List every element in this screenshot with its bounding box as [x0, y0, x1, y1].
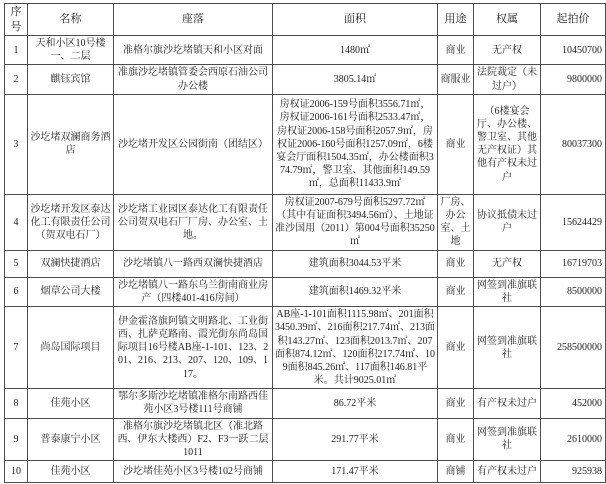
cell-no: 4	[5, 194, 28, 250]
cell-location: 沙圪堵镇八一路东乌兰街南商业房产（四楼401-416房间）	[114, 277, 273, 306]
cell-ownership: 有产权未过户	[474, 461, 541, 483]
cell-ownership: 有产权未过户	[474, 389, 541, 418]
cell-area: 建筑面积1469.32平米	[273, 277, 438, 306]
cell-ownership: 法院裁定（未过户）	[474, 65, 541, 94]
cell-no: 2	[5, 65, 28, 94]
cell-name: 沙圪堵双澜商务酒店	[28, 94, 114, 194]
cell-area: 3805.14㎡	[273, 65, 438, 94]
cell-no: 5	[5, 250, 28, 277]
auction-listing-page: 序号 名称 座落 面积 用途 权属 起拍价 1天和小区10号楼一、二层准格尔旗沙…	[0, 0, 606, 484]
cell-ownership: 网签到准旗联社	[474, 418, 541, 461]
cell-location: 准格尔旗沙圪堵镇北区（准北路西、伊东大楼西）F2、F3一跃二层1011	[114, 418, 273, 461]
cell-name: 麒钰宾馆	[28, 65, 114, 94]
cell-price: 80037300	[541, 94, 606, 194]
table-row: 2麒钰宾馆准旗沙圪堵镇管委会西原石油公司办公楼3805.14㎡商服业法院裁定（未…	[5, 65, 606, 94]
cell-usage: 商业	[438, 418, 474, 461]
cell-location: 沙圪堵佳苑小区3号楼102号商铺	[114, 461, 273, 483]
table-row: 5双澜快捷酒店沙圪堵镇八一路西双澜快捷酒店建筑面积3044.53平米商业无产权1…	[5, 250, 606, 277]
cell-location: 准旗沙圪堵镇管委会西原石油公司办公楼	[114, 65, 273, 94]
cell-usage: 商业	[438, 307, 474, 389]
cell-no: 7	[5, 307, 28, 389]
cell-ownership: 无产权	[474, 36, 541, 65]
cell-usage: 商服业	[438, 65, 474, 94]
cell-usage: 商业	[438, 389, 474, 418]
cell-name: 天和小区10号楼一、二层	[28, 36, 114, 65]
cell-price: 9800000	[541, 65, 606, 94]
cell-no: 9	[5, 418, 28, 461]
cell-name: 佳苑小区	[28, 461, 114, 483]
cell-price: 8500000	[541, 277, 606, 306]
cell-price: 452000	[541, 389, 606, 418]
header-area: 面积	[273, 4, 438, 36]
cell-usage: 厂房、办公室、土地	[438, 194, 474, 250]
cell-name: 尚岛国际项目	[28, 307, 114, 389]
cell-name: 沙圪堵开发区泰达化工有限责任公司（贺双电石厂）	[28, 194, 114, 250]
table-row: 1天和小区10号楼一、二层准格尔旗沙圪堵镇天和小区对面1480㎡商业无产权104…	[5, 36, 606, 65]
cell-location: 沙圪堵开发区公园街南（团结区）	[114, 94, 273, 194]
table-row: 9普泰康宁小区准格尔旗沙圪堵镇北区（准北路西、伊东大楼西）F2、F3一跃二层10…	[5, 418, 606, 461]
cell-price: 2610000	[541, 418, 606, 461]
cell-location: 伊金霍洛旗阿镇文明路北、工业街西、扎萨克路南、霞光街东尚岛国际项目16号楼AB座…	[114, 307, 273, 389]
cell-name: 双澜快捷酒店	[28, 250, 114, 277]
cell-name: 烟草公司大楼	[28, 277, 114, 306]
cell-no: 1	[5, 36, 28, 65]
header-ownership: 权属	[474, 4, 541, 36]
table-row: 6烟草公司大楼沙圪堵镇八一路东乌兰街南商业房产（四楼401-416房间）建筑面积…	[5, 277, 606, 306]
cell-no: 6	[5, 277, 28, 306]
header-no: 序号	[5, 4, 28, 36]
cell-price: 15624429	[541, 194, 606, 250]
header-name: 名称	[28, 4, 114, 36]
cell-usage: 商业	[438, 250, 474, 277]
header-usage: 用途	[438, 4, 474, 36]
cell-name: 普泰康宁小区	[28, 418, 114, 461]
table-row: 4沙圪堵开发区泰达化工有限责任公司（贺双电石厂）沙圪堵工业园区泰达化工有限责任公…	[5, 194, 606, 250]
cell-usage: 商铺	[438, 461, 474, 483]
cell-ownership: （6楼宴会厅、办公楼、警卫室、其他无产权证）其他有产权未过户	[474, 94, 541, 194]
header-location: 座落	[114, 4, 273, 36]
cell-name: 佳苑小区	[28, 389, 114, 418]
table-header: 序号 名称 座落 面积 用途 权属 起拍价	[5, 4, 606, 36]
header-price: 起拍价	[541, 4, 606, 36]
cell-price: 10450700	[541, 36, 606, 65]
table-row: 7尚岛国际项目伊金霍洛旗阿镇文明路北、工业街西、扎萨克路南、霞光街东尚岛国际项目…	[5, 307, 606, 389]
cell-area: 291.77平米	[273, 418, 438, 461]
cell-location: 沙圪堵镇八一路西双澜快捷酒店	[114, 250, 273, 277]
cell-area: 房权证2007-679号面积5297.72㎡（其中有证面积3494.56㎡）、土…	[273, 194, 438, 250]
cell-no: 10	[5, 461, 28, 483]
cell-ownership: 网签到准旗联社	[474, 277, 541, 306]
cell-no: 3	[5, 94, 28, 194]
cell-ownership: 网签到准旗联社	[474, 307, 541, 389]
cell-price: 258500000	[541, 307, 606, 389]
table-row: 3沙圪堵双澜商务酒店沙圪堵开发区公园街南（团结区）房权证2006-159号面积3…	[5, 94, 606, 194]
cell-no: 8	[5, 389, 28, 418]
cell-price: 925938	[541, 461, 606, 483]
cell-usage: 商业	[438, 277, 474, 306]
cell-ownership: 协议抵债未过户	[474, 194, 541, 250]
cell-ownership: 无产权	[474, 250, 541, 277]
auction-table: 序号 名称 座落 面积 用途 权属 起拍价 1天和小区10号楼一、二层准格尔旗沙…	[4, 3, 606, 483]
table-row: 10佳苑小区沙圪堵佳苑小区3号楼102号商铺171.47平米商铺有产权未过户92…	[5, 461, 606, 483]
cell-price: 16719703	[541, 250, 606, 277]
cell-area: 1480㎡	[273, 36, 438, 65]
header-row: 序号 名称 座落 面积 用途 权属 起拍价	[5, 4, 606, 36]
cell-location: 准格尔旗沙圪堵镇天和小区对面	[114, 36, 273, 65]
cell-usage: 商业	[438, 36, 474, 65]
table-body: 1天和小区10号楼一、二层准格尔旗沙圪堵镇天和小区对面1480㎡商业无产权104…	[5, 36, 606, 483]
table-row: 8佳苑小区鄂尔多斯沙圪堵镇准格尔南路西佳苑小区3号楼111号商铺86.72平米商…	[5, 389, 606, 418]
cell-area: AB座-1-101面积1115.98㎡、201面积3450.39㎡、216面积2…	[273, 307, 438, 389]
cell-area: 86.72平米	[273, 389, 438, 418]
cell-area: 171.47平米	[273, 461, 438, 483]
cell-usage: 商业	[438, 94, 474, 194]
cell-location: 沙圪堵工业园区泰达化工有限责任公司贺双电石厂厂房、办公室、土地。	[114, 194, 273, 250]
cell-area: 建筑面积3044.53平米	[273, 250, 438, 277]
cell-area: 房权证2006-159号面积3556.71㎡，房权证2006-161号面积253…	[273, 94, 438, 194]
cell-location: 鄂尔多斯沙圪堵镇准格尔南路西佳苑小区3号楼111号商铺	[114, 389, 273, 418]
